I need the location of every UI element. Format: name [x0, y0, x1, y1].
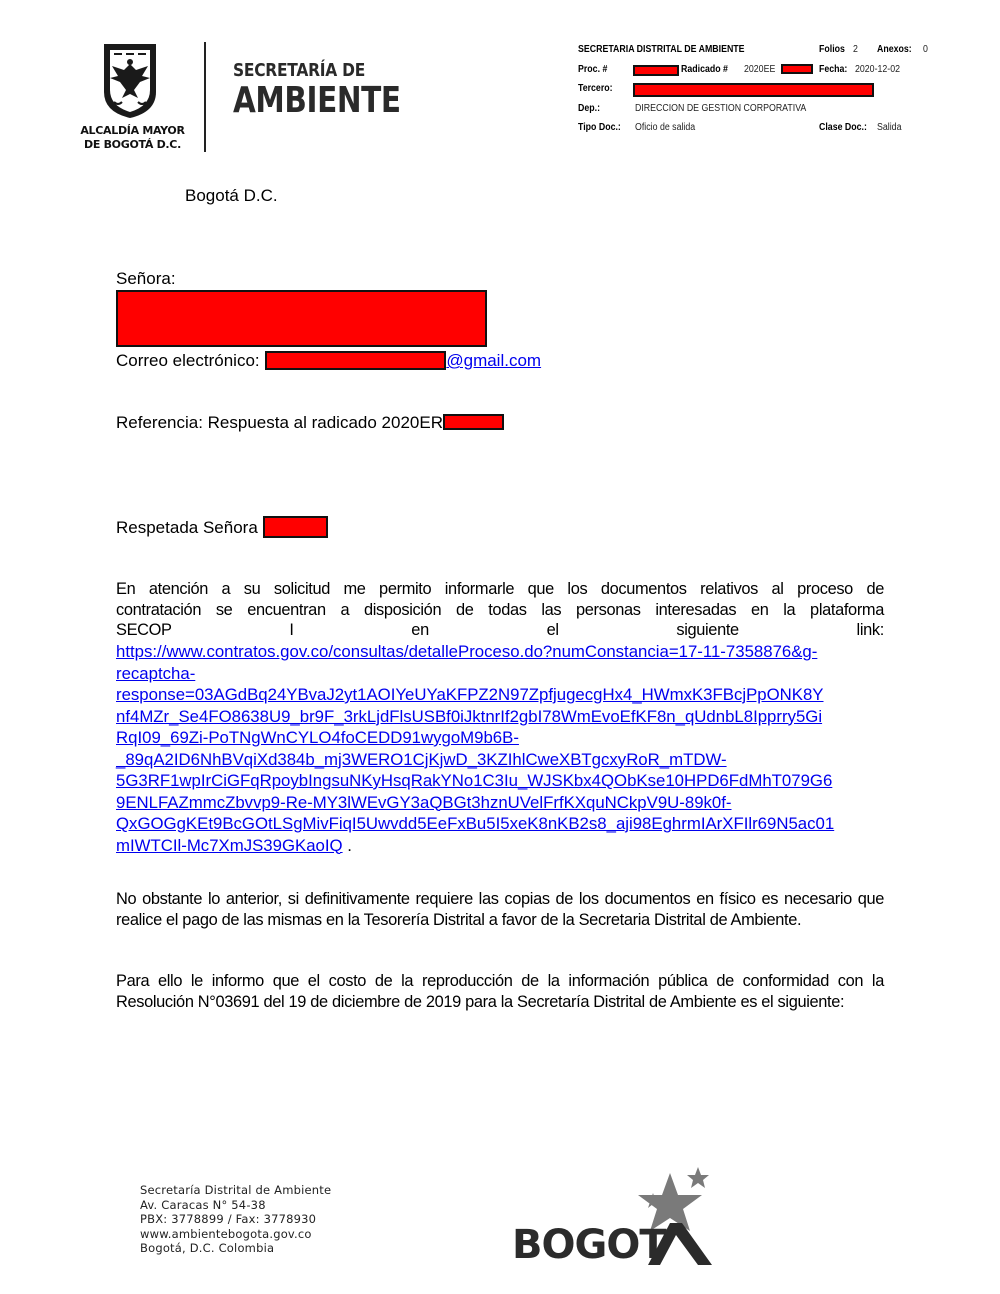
- url-trailing-period: .: [343, 836, 352, 855]
- reference-line: Referencia: Respuesta al radicado 2020ER: [116, 413, 504, 434]
- alcaldia-line2: DE BOGOTÁ D.C.: [80, 138, 185, 152]
- url-line[interactable]: response=03AGdBq24YBvaJ2yt1AOIYeUYaKFPZ2…: [116, 684, 896, 706]
- paragraph-secop: En atención a su solicitud me permito in…: [116, 579, 884, 641]
- email-line: Correo electrónico: @gmail.com: [116, 351, 541, 372]
- folios-value: 2: [853, 44, 858, 55]
- bogota-logo-text: BOGOT: [512, 1222, 667, 1268]
- tercero-label: Tercero:: [578, 83, 613, 94]
- dep-value: DIRECCION DE GESTION CORPORATIVA: [635, 103, 806, 114]
- secop-link[interactable]: https://www.contratos.gov.co/consultas/d…: [116, 641, 896, 856]
- dep-label: Dep.:: [578, 103, 600, 114]
- proc-label: Proc. #: [578, 64, 607, 75]
- tipo-doc-value: Oficio de salida: [635, 122, 695, 133]
- radicado-prefix: 2020EE: [744, 64, 775, 75]
- url-line[interactable]: recaptcha-: [116, 663, 896, 685]
- url-line[interactable]: 9ENLFAZmmcZbvvp9-Re-MY3lWEvGY3aQBGt3hznU…: [116, 792, 896, 814]
- anexos-value: 0: [923, 44, 928, 55]
- alcaldia-label: ALCALDÍA MAYOR DE BOGOTÁ D.C.: [80, 124, 185, 152]
- email-label: Correo electrónico:: [116, 351, 260, 370]
- word: link:: [857, 620, 884, 641]
- tipo-doc-label: Tipo Doc.:: [578, 122, 621, 133]
- clase-doc-value: Salida: [877, 122, 901, 133]
- radicado-label: Radicado #: [681, 64, 728, 75]
- redacted-proc: [633, 65, 679, 76]
- paragraph-physical-copies: No obstante lo anterior, si definitivame…: [116, 889, 884, 930]
- redacted-recipient-surname: [263, 516, 328, 538]
- radicado-stamp: SECRETARIA DISTRITAL DE AMBIENTE Folios …: [578, 42, 938, 140]
- url-line[interactable]: _89qA2ID6NhBVqiXd384b_mj3WERO1CjKjwD_3KZ…: [116, 749, 896, 771]
- word: en: [411, 620, 429, 641]
- fecha-label: Fecha:: [819, 64, 847, 75]
- paragraph-reproduction-cost: Para ello le informo que el costo de la …: [116, 971, 884, 1012]
- para1-line1: En atención a su solicitud me permito in…: [116, 579, 884, 600]
- url-line[interactable]: mIWTCIl-Mc7XmJS39GKaoIQ: [116, 836, 343, 855]
- clase-doc-label: Clase Doc.:: [819, 122, 867, 133]
- bogota-coat-of-arms-icon: [100, 42, 160, 120]
- bogota-stars-logo-icon: BOGOT: [510, 1165, 715, 1270]
- redacted-recipient-name: [116, 290, 487, 347]
- footer-address: Secretaría Distrital de Ambiente Av. Car…: [140, 1183, 331, 1256]
- secretaria-title: SECRETARÍA DE AMBIENTE: [233, 60, 437, 120]
- word: SECOP: [116, 620, 172, 641]
- alcaldia-line1: ALCALDÍA MAYOR: [80, 124, 185, 138]
- redacted-email-user: [265, 351, 446, 370]
- footer-line: www.ambientebogota.gov.co: [140, 1227, 331, 1242]
- word: el: [547, 620, 559, 641]
- anexos-label: Anexos:: [877, 44, 912, 55]
- para1-line2: contratación se encuentran a disposición…: [116, 600, 884, 621]
- url-line[interactable]: nf4MZr_Se4FO8638U9_br9F_3rkLjdFlsUSBf0iJ…: [116, 706, 896, 728]
- secretaria-line2: AMBIENTE: [233, 82, 401, 120]
- salutation-title: Señora:: [116, 269, 176, 290]
- reference-text: Referencia: Respuesta al radicado 2020ER: [116, 413, 443, 432]
- url-line[interactable]: RqI09_69Zi-PoTNgWnCYLO4foCEDD91wygoM9b6B…: [116, 727, 896, 749]
- redacted-tercero: [633, 83, 874, 97]
- folios-label: Folios: [819, 44, 845, 55]
- url-line[interactable]: 5G3RF1wpIrCiGFqRpoybIngsuNKyHsqRakYNo1C3…: [116, 770, 896, 792]
- word: I: [289, 620, 293, 641]
- fecha-value: 2020-12-02: [855, 64, 900, 75]
- entity-name: SECRETARIA DISTRITAL DE AMBIENTE: [578, 44, 745, 55]
- footer-line: Av. Caracas N° 54-38: [140, 1198, 331, 1213]
- url-line[interactable]: https://www.contratos.gov.co/consultas/d…: [116, 641, 896, 663]
- redacted-reference-number: [443, 414, 504, 430]
- para1-line3: SECOP I en el siguiente link:: [116, 620, 884, 641]
- word: siguiente: [676, 620, 738, 641]
- header-divider: [204, 42, 206, 152]
- greeting-text: Respetada Señora: [116, 518, 258, 537]
- footer-line: Secretaría Distrital de Ambiente: [140, 1183, 331, 1198]
- footer-line: Bogotá, D.C. Colombia: [140, 1241, 331, 1256]
- redacted-radicado: [781, 64, 813, 74]
- footer-line: PBX: 3778899 / Fax: 3778930: [140, 1212, 331, 1227]
- city-line: Bogotá D.C.: [185, 186, 278, 207]
- email-link[interactable]: @gmail.com: [446, 351, 541, 370]
- secretaria-line1: SECRETARÍA DE: [233, 60, 409, 82]
- url-line[interactable]: QxGOGgKEt9BcGOtLSgMivFiqI5Uwvdd5EeFxBu5I…: [116, 813, 896, 835]
- greeting-line: Respetada Señora: [116, 516, 328, 539]
